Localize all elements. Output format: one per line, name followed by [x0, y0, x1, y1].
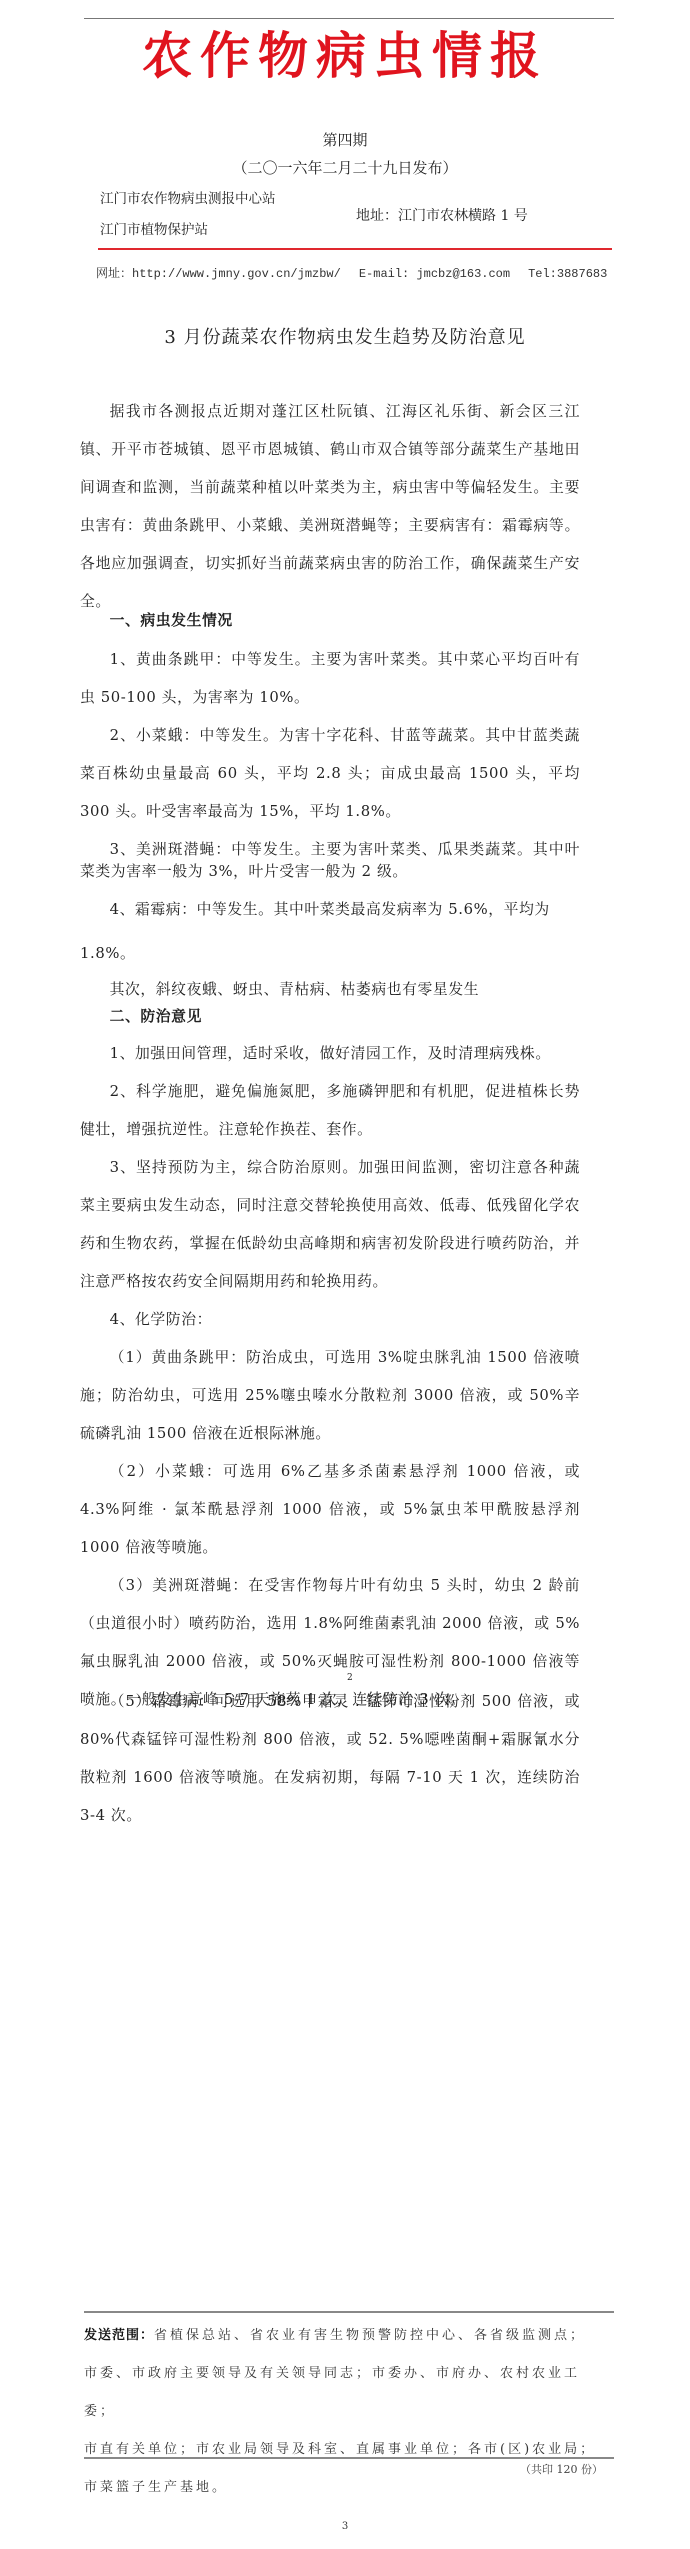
occurrence-item-4-cont: 1.8%。: [80, 935, 580, 973]
article-body: 据我市各测报点近期对蓬江区杜阮镇、江海区礼乐街、新会区三江镇、开平市苍城镇、恩平…: [80, 393, 580, 1719]
org-name-2: 江门市植物保护站: [100, 221, 208, 239]
occurrence-item-2: 2、小菜蛾：中等发生。为害十字花科、甘蓝等蔬菜。其中甘蓝类蔬菜百株幼虫量最高 6…: [80, 717, 580, 831]
control-item-1: 1、加强田间管理，适时采收，做好清园工作，及时清理病残株。: [80, 1035, 580, 1073]
control-item-3: 3、坚持预防为主，综合防治原则。加强田间监测，密切注意各种蔬菜主要病虫发生动态，…: [80, 1149, 580, 1301]
other-pests: 其次，斜纹夜蛾、蚜虫、青枯病、枯萎病也有零星发生: [80, 973, 580, 1007]
section-2-heading: 二、防治意见: [80, 1007, 580, 1027]
distribution-block: 发送范围：省植保总站、省农业有害生物预警防控中心、各省级监测点； 市委、市政府主…: [84, 2317, 604, 2507]
page-number: 3: [0, 2521, 690, 2532]
section-1-heading: 一、病虫发生情况: [80, 611, 580, 631]
article-title: 3 月份蔬菜农作物病虫发生趋势及防治意见: [0, 326, 690, 350]
distribution-line-1: 省植保总站、省农业有害生物预警防控中心、各省级监测点；: [154, 2328, 586, 2343]
occurrence-item-3: 3、美洲斑潜蝇：中等发生。主要为害叶菜类、瓜果类蔬菜。其中叶菜类为害率一般为 3…: [80, 839, 580, 883]
website-link[interactable]: 网址：http://www.jmny.gov.cn/jmzbw/: [96, 266, 341, 282]
org-name-1: 江门市农作物病虫测报中心站: [100, 190, 276, 208]
issue-number: 第四期: [0, 130, 690, 150]
distribution-label: 发送范围：: [84, 2328, 154, 2343]
chemical-item-1: （1）黄曲条跳甲：防治成虫，可选用 3%啶虫脒乳油 1500 倍液喷施；防治幼虫…: [80, 1339, 580, 1453]
address: 地址：江门市农林横路 1 号: [356, 207, 528, 225]
distribution-bottom-rule: [84, 2457, 614, 2459]
email-link[interactable]: E-mail: jmcbz@163.com: [359, 266, 510, 282]
publish-date: （二〇一六年二月二十九日发布）: [0, 158, 690, 178]
control-item-2: 2、科学施肥，避免偏施氮肥，多施磷钾肥和有机肥，促进植株长势健壮，增强抗逆性。注…: [80, 1073, 580, 1149]
phone-number: Tel:3887683: [528, 266, 607, 282]
top-rule: [84, 18, 614, 19]
occurrence-item-4: 4、霜霉病：中等发生。其中叶菜类最高发病率为 5.6%，平均为: [80, 891, 580, 929]
red-divider: [98, 248, 612, 250]
contact-line: 网址：http://www.jmny.gov.cn/jmzbw/ E-mail:…: [96, 266, 607, 282]
control-item-4: 4、化学防治：: [80, 1301, 580, 1339]
intro-paragraph: 据我市各测报点近期对蓬江区杜阮镇、江海区礼乐街、新会区三江镇、开平市苍城镇、恩平…: [80, 393, 580, 621]
print-copies: （共印 120 份）: [520, 2461, 603, 2477]
chemical-item-5: （5）霜霉病：可选用 58%甲霜灵 . 锰锌可湿性粉剂 500 倍液，或 80%…: [80, 1683, 580, 1835]
distribution-top-rule: [84, 2311, 614, 2313]
masthead-title: 农作物病虫情报: [0, 26, 690, 86]
occurrence-item-1: 1、黄曲条跳甲：中等发生。主要为害叶菜类。其中菜心平均百叶有虫 50-100 头…: [80, 641, 580, 717]
chemical-item-2: （2）小菜蛾：可选用 6%乙基多杀菌素悬浮剂 1000 倍液，或 4.3%阿维 …: [80, 1453, 580, 1567]
article-body-cont: （5）霜霉病：可选用 58%甲霜灵 . 锰锌可湿性粉剂 500 倍液，或 80%…: [80, 1683, 580, 1835]
distribution-line-2: 市委、市政府主要领导及有关领导同志；市委办、市府办、农村农业工委；: [84, 2355, 604, 2431]
stray-superscript: 2: [347, 1673, 353, 1683]
